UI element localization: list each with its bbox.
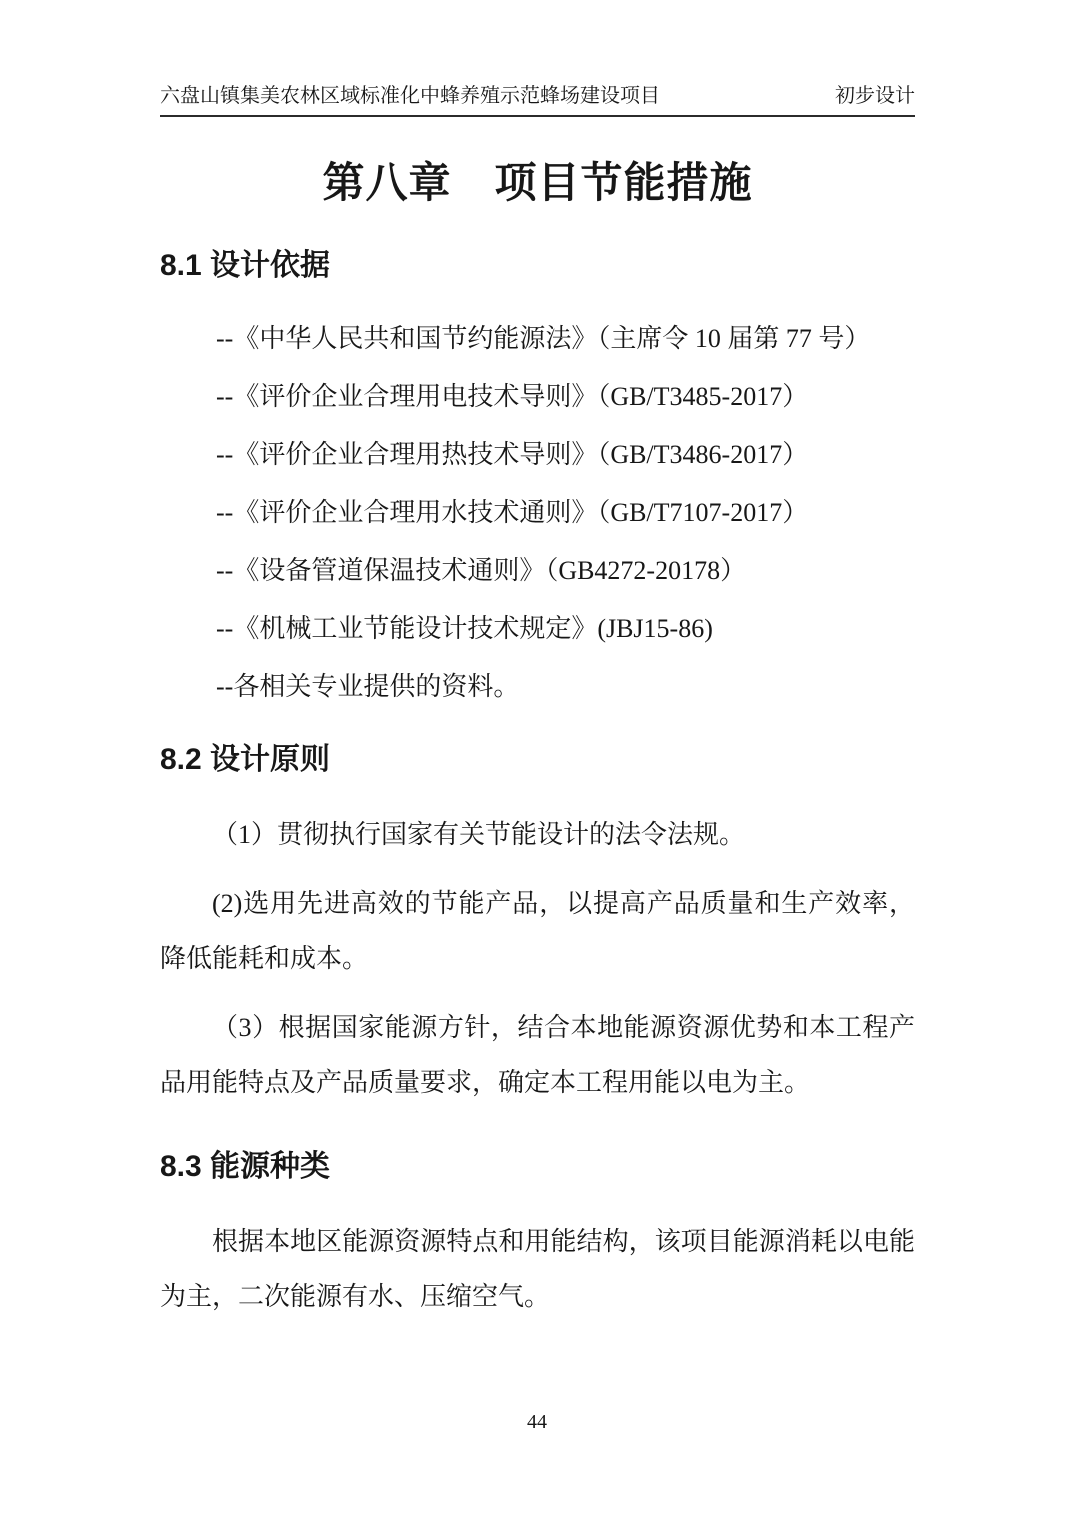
energy-types-body: 根据本地区能源资源特点和用能结构，该项目能源消耗以电能为主，二次能源有水、压缩空… — [160, 1214, 915, 1324]
chapter-title: 第八章 项目节能措施 — [160, 157, 915, 209]
page-number: 44 — [527, 1411, 547, 1433]
list-item: --各相关专业提供的资料。 — [216, 671, 915, 703]
paragraph: （3）根据国家能源方针，结合本地能源资源优势和本工程产品用能特点及产品质量要求，… — [160, 1000, 915, 1110]
paragraph: 根据本地区能源资源特点和用能结构，该项目能源消耗以电能为主，二次能源有水、压缩空… — [160, 1214, 915, 1324]
list-item: --《机械工业节能设计技术规定》(JBJ15-86) — [216, 613, 915, 645]
page-footer: 44 — [0, 1410, 1074, 1434]
header-project-title: 六盘山镇集美农林区域标准化中蜂养殖示范蜂场建设项目 — [160, 84, 660, 108]
list-item: --《评价企业合理用电技术导则》（GB/T3485-2017） — [216, 381, 915, 413]
section-heading-design-principles: 8.2 设计原则 — [160, 741, 915, 779]
design-basis-list: --《中华人民共和国节约能源法》（主席令 10 届第 77 号） --《评价企业… — [160, 323, 915, 703]
list-item: --《设备管道保温技术通则》（GB4272-20178） — [216, 555, 915, 587]
list-item: --《评价企业合理用水技术通则》（GB/T7107-2017） — [216, 497, 915, 529]
paragraph: (2)选用先进高效的节能产品，以提高产品质量和生产效率，降低能耗和成本。 — [160, 876, 915, 986]
list-item: --《中华人民共和国节约能源法》（主席令 10 届第 77 号） — [216, 323, 915, 355]
section-heading-design-basis: 8.1 设计依据 — [160, 247, 915, 285]
document-page: 六盘山镇集美农林区域标准化中蜂养殖示范蜂场建设项目 初步设计 第八章 项目节能措… — [0, 0, 1074, 1520]
header-doc-stage: 初步设计 — [835, 84, 915, 108]
page-header: 六盘山镇集美农林区域标准化中蜂养殖示范蜂场建设项目 初步设计 — [160, 84, 915, 117]
design-principles-body: （1）贯彻执行国家有关节能设计的法令法规。 (2)选用先进高效的节能产品，以提高… — [160, 807, 915, 1110]
section-heading-energy-types: 8.3 能源种类 — [160, 1148, 915, 1186]
paragraph: （1）贯彻执行国家有关节能设计的法令法规。 — [160, 807, 915, 862]
list-item: --《评价企业合理用热技术导则》（GB/T3486-2017） — [216, 439, 915, 471]
